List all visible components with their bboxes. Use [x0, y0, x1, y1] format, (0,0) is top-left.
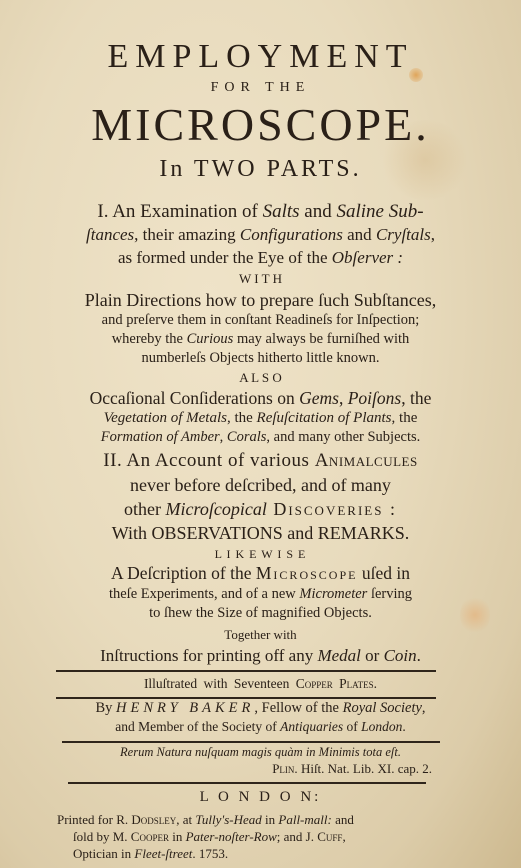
text: may always be furniſhed with [233, 331, 409, 347]
title-microscope: MICROSCOPE. [0, 98, 521, 151]
text: II. An Account of various [103, 450, 314, 471]
text: Vegetation of Metals [104, 410, 227, 426]
part2-line2: never before deſcribed, and of many [0, 475, 521, 496]
text: , at [176, 812, 195, 827]
text: ; and J. [277, 829, 317, 844]
part2-line5: A Deſcription of the Microscope uſed in [0, 563, 521, 584]
text: , their amazing [134, 225, 240, 244]
text: Pall-mall: [278, 812, 331, 827]
text: as formed under the Eye of the [118, 248, 332, 267]
author-line1: By HENRY BAKER, Fellow of the Royal Soci… [0, 700, 521, 717]
text: Discoveries : [267, 499, 397, 519]
text: London [361, 719, 402, 734]
heading-with: W I T H [0, 271, 521, 287]
text: . [402, 719, 405, 734]
title-page: EMPLOYMENT FOR THE MICROSCOPE. In TWO PA… [0, 0, 521, 868]
text: Illuſtrated with Seventeen [144, 676, 296, 691]
text: and [343, 225, 376, 244]
text: Occaſional Conſiderations on [90, 388, 299, 408]
text: Gems [299, 388, 339, 408]
text: Optician in [73, 846, 134, 861]
text: Formation of Amber [101, 429, 220, 445]
part1-line8: Occaſional Conſiderations on Gems, Poiſo… [0, 388, 521, 409]
imprint-line1: Printed for R. Dodsley, at Tully's-Head … [57, 812, 477, 828]
text: Dodsley [131, 812, 176, 827]
text: ſerving [367, 586, 412, 602]
part2-line3: other Microſcopical Discoveries : [0, 499, 521, 520]
text: and Member of the Society of [115, 719, 280, 734]
text: Royal Society [343, 700, 422, 716]
imprint-line3: Optician in Fleet-ſtreet. 1753. [73, 846, 493, 862]
text: Reſuſcitation of Plants [257, 410, 392, 426]
text: uſed in [357, 563, 410, 583]
title-for-the: FOR THE [0, 80, 521, 96]
text: Configurations [240, 225, 343, 244]
heading-likewise: L I K E W I S E [0, 547, 521, 562]
part1-line4: Plain Directions how to prepare ſuch Sub… [0, 290, 521, 311]
text: Cryſtals [376, 225, 431, 244]
text: Coin [384, 646, 417, 665]
text: . 1753. [192, 846, 228, 861]
text: , [342, 829, 345, 844]
part2-line8: Inſtructions for printing off any Medal … [0, 646, 521, 666]
text: Micrometer [299, 586, 367, 602]
imprint-city: L O N D O N: [0, 773, 521, 806]
divider-rule [56, 697, 436, 699]
part2-line4: With OBSERVATIONS and REMARKS. [0, 523, 521, 544]
part1-line2: ſtances, their amazing Configurations an… [0, 225, 521, 245]
text: in [262, 812, 279, 827]
part1-line1: I. An Examination of Salts and Saline Su… [0, 201, 521, 223]
part1-line10: Formation of Amber, Corals, and many oth… [0, 429, 521, 446]
text: ſold by M. [73, 829, 131, 844]
part2-line7: to ſhew the Size of magnified Objects. [0, 605, 521, 622]
text: Pater-noſter-Row [186, 829, 277, 844]
text: , [339, 388, 348, 408]
author-line2: and Member of the Society of Antiquaries… [0, 719, 521, 735]
divider-rule [62, 741, 440, 743]
imprint-line2: ſold by M. Cooper in Pater-noſter-Row; a… [73, 829, 493, 845]
text: , the [227, 410, 257, 426]
text: , Fellow of the [254, 700, 342, 716]
text: Antiquaries [280, 719, 343, 734]
text: ſtances [86, 225, 134, 244]
text: By [95, 700, 116, 716]
text: , the [392, 410, 418, 426]
text: , the [401, 388, 431, 408]
text: . [417, 646, 421, 665]
text: or [361, 646, 384, 665]
text: Microſcopical [166, 499, 267, 519]
text: Microscope [256, 563, 358, 583]
text: theſe Experiments, and of a new [109, 586, 299, 602]
text: Printed for R. [57, 812, 131, 827]
text: Poiſons [348, 388, 401, 408]
text: Fleet-ſtreet [134, 846, 192, 861]
text: Tully's-Head [195, 812, 261, 827]
part2-line1: II. An Account of various Animalcules [0, 450, 521, 472]
text: and [332, 812, 354, 827]
text: Cooper [131, 829, 169, 844]
subtitle-two-parts: In TWO PARTS. [0, 156, 521, 183]
part1-line7: numberleſs Objects hitherto little known… [0, 350, 521, 367]
title-employment: EMPLOYMENT [0, 38, 521, 76]
text: Corals [227, 429, 267, 445]
epigraph-quote: Rerum Natura nuſquam magis quàm in Minim… [0, 745, 521, 760]
text: other [124, 499, 165, 519]
text: Rerum Natura nuſquam magis quàm in Minim… [120, 745, 401, 759]
text: Cuff [317, 829, 342, 844]
text: Copper Plates. [296, 676, 377, 691]
text: whereby the [112, 331, 187, 347]
text: , and many other Subjects. [266, 429, 420, 445]
heading-also: A L S O [0, 370, 521, 386]
text: , [422, 700, 426, 716]
illustrated-line: Illuſtrated with Seventeen Copper Plates… [0, 676, 521, 692]
text: , [431, 225, 435, 244]
text: , [220, 429, 227, 445]
part2-line6: theſe Experiments, and of a new Micromet… [0, 586, 521, 603]
text: Medal [317, 646, 360, 665]
part1-line3: as formed under the Eye of the Obſerver … [0, 248, 521, 268]
text: of [343, 719, 361, 734]
heading-together: Together with [0, 627, 521, 643]
text: Animalcules [315, 450, 418, 471]
part1-line9: Vegetation of Metals, the Reſuſcitation … [0, 410, 521, 427]
text: Inſtructions for printing off any [100, 646, 317, 665]
author-name: HENRY BAKER [116, 700, 254, 716]
text: I. An Examination of [97, 201, 262, 222]
text: Saline Sub- [336, 201, 423, 222]
part1-line6: whereby the Curious may always be furniſ… [0, 331, 521, 348]
text: Salts [263, 201, 300, 222]
text: A Deſcription of the [111, 563, 256, 583]
divider-rule [56, 670, 436, 672]
text: Curious [187, 331, 234, 347]
text: Obſerver : [332, 248, 403, 267]
text: and [300, 201, 337, 222]
part1-line5: and preſerve them in conſtant Readineſs … [0, 312, 521, 329]
text: in [169, 829, 186, 844]
